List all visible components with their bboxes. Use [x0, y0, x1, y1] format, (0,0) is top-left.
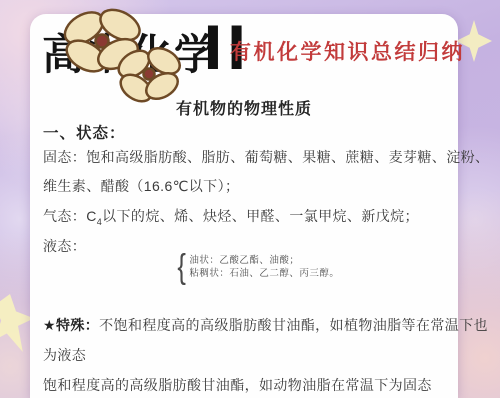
content-card: 高中化学 || 有机化学知识总结归纳 有机物的物理性质 一、状态： 固态：饱和高… — [30, 14, 458, 398]
gas-suffix: 以下的烷、烯、炔烃、甲醛、一氯甲烷、新戊烷； — [102, 208, 419, 224]
liquid-viscous-line: 粘稠状：石油、乙二醇、丙三醇。 — [189, 267, 339, 280]
curly-brace: { — [177, 250, 186, 284]
page-background: 高中化学 || 有机化学知识总结归纳 有机物的物理性质 一、状态： 固态：饱和高… — [0, 0, 500, 398]
liquid-detail-group: { 油状：乙酸乙酯、油酸； 粘稠状：石油、乙二醇、丙三醇。 — [176, 250, 339, 284]
solid-state-line-1: 固态：饱和高级脂肪酸、脂肪、葡萄糖、果糖、蔗糖、麦芽糖、淀粉、 — [43, 147, 489, 167]
solid-state-line-2: 维生素、醋酸（16.6℃以下）； — [43, 176, 239, 196]
special-note-line-2: 为液态 — [43, 345, 86, 365]
gas-prefix: 气态：C — [43, 208, 97, 224]
special-note-line-1: ★特殊：不饱和程度高的高级脂肪酸甘油酯，如植物油脂等在常温下也 — [43, 315, 488, 335]
liquid-state-label: 液态： — [43, 236, 86, 256]
special-label: ★特殊： — [43, 317, 99, 333]
sparkle-burst-icon — [0, 294, 34, 352]
header-subtitle: 有机化学知识总结归纳 — [230, 36, 465, 66]
special-text: 不饱和程度高的高级脂肪酸甘油酯，如植物油脂等在常温下也 — [99, 317, 488, 333]
liquid-oily-line: 油状：乙酸乙酯、油酸； — [189, 254, 339, 267]
section-state-heading: 一、状态： — [43, 121, 126, 143]
gas-state-line: 气态：C4以下的烷、烯、炔烃、甲醛、一氯甲烷、新戊烷； — [43, 206, 419, 227]
special-note-line-3: 饱和程度高的高级脂肪酸甘油酯，如动物油脂在常温下为固态 — [43, 375, 432, 395]
flower-illustration — [46, 6, 206, 110]
